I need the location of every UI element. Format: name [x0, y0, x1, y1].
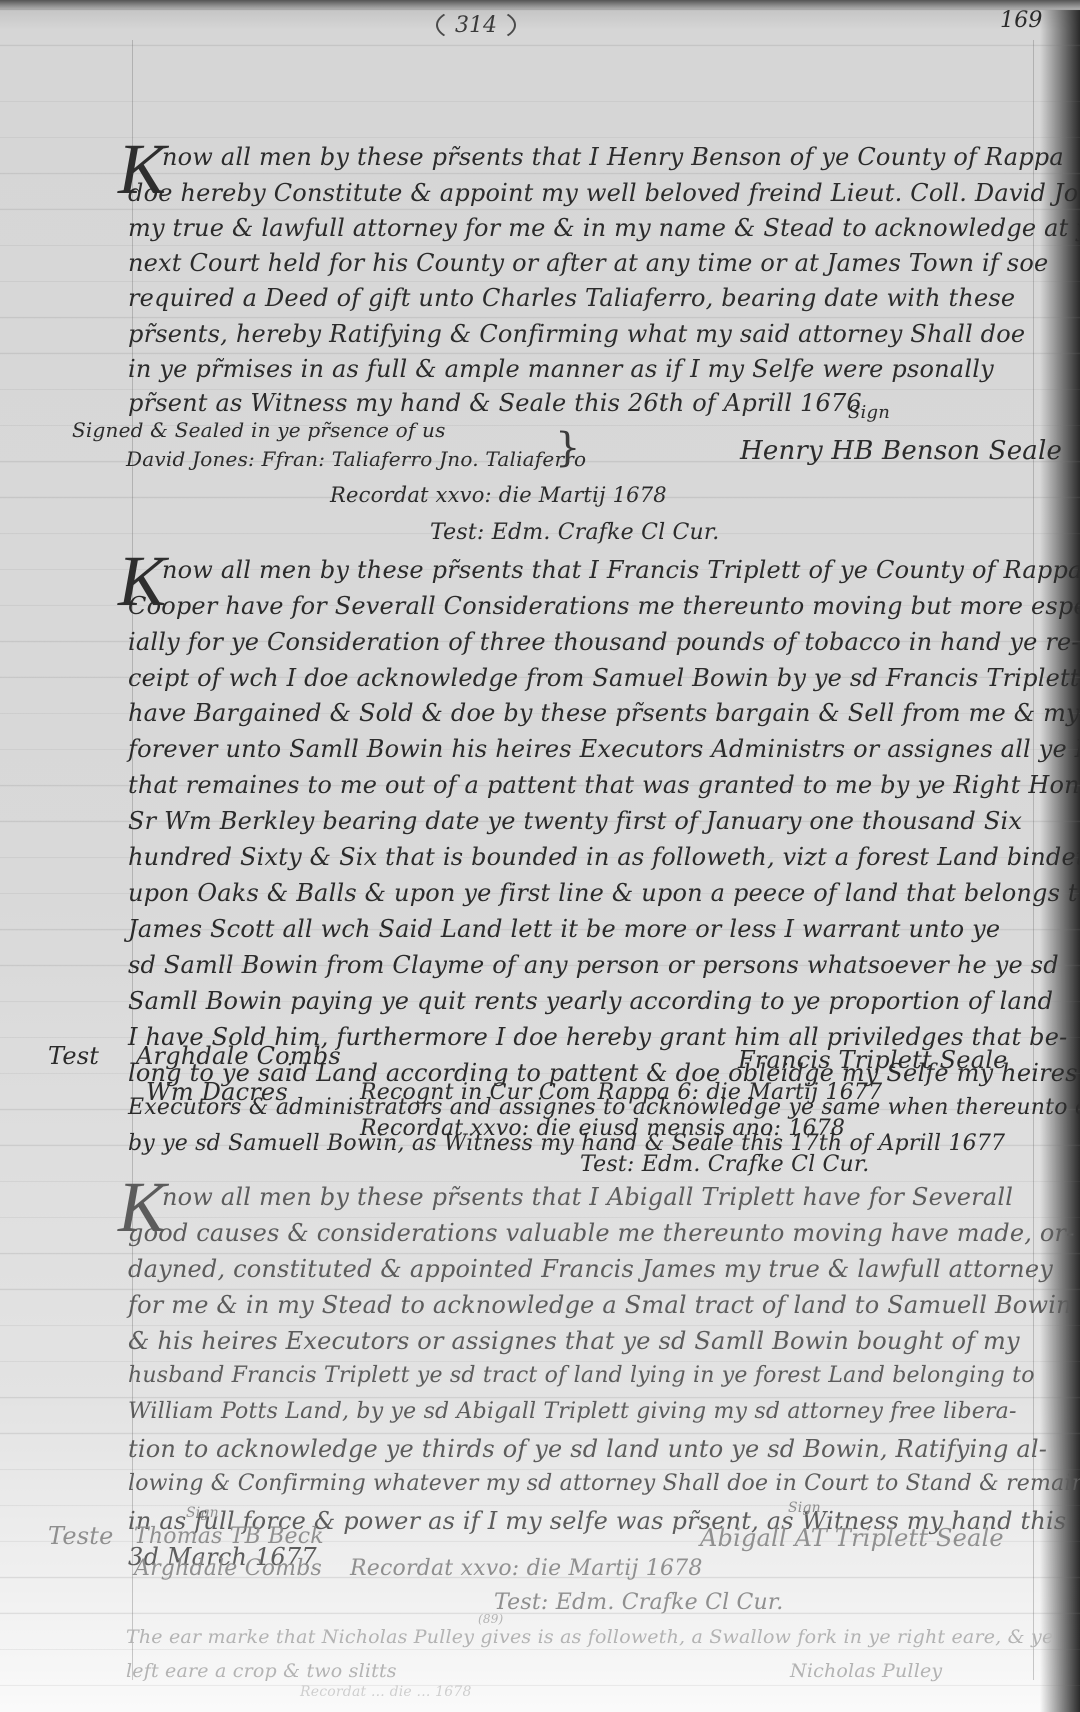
- text-line: Cooper have for Severall Considerations …: [128, 592, 1080, 620]
- text-line: doe hereby Constitute & appoint my well …: [128, 179, 1080, 207]
- clerk-attestation: Test: Edm. Crafke Cl Cur.: [494, 1590, 783, 1615]
- text-line: husband Francis Triplett ye sd tract of …: [128, 1363, 1035, 1388]
- recorded-note: Recordat xxvo: die Martij 1678: [350, 1556, 703, 1581]
- witness-sign-label: Sign: [186, 1505, 219, 1521]
- text-line: & his heires Executors or assignes that …: [128, 1327, 1020, 1355]
- text-line: James Scott all wch Said Land lett it be…: [128, 915, 1000, 943]
- text-line: good causes & considerations valuable me…: [128, 1219, 1075, 1247]
- witness-name: Arghdale Combs: [136, 1042, 341, 1070]
- brace: }: [555, 425, 580, 471]
- text-line: now all men by these pr̃sents that I Hen…: [162, 143, 1064, 171]
- text-line: hundred Sixty & Six that is bounded in a…: [128, 843, 1080, 871]
- clerk-attestation: Test: Edm. Crafke Cl Cur.: [580, 1152, 869, 1177]
- text-line: in ye pr̃mises in as full & ample manner…: [128, 355, 994, 383]
- manuscript-page: 314 169 K now all men by these pr̃sents …: [0, 0, 1080, 1712]
- witness-names: David Jones: Ffran: Taliaferro Jno. Tali…: [126, 447, 586, 471]
- signature-label: Sign: [788, 1500, 821, 1516]
- text-line: that remaines to me out of a pattent tha…: [128, 771, 1080, 799]
- signature: Francis Triplett Seale: [738, 1046, 1008, 1074]
- recorded-note: Recordat xxvo: die eiusd mensis ano: 167…: [360, 1116, 845, 1141]
- folio-number-text: 314: [455, 13, 497, 38]
- text-line: ceipt of wch I doe acknowledge from Samu…: [128, 664, 1080, 692]
- text-line: left eare a crop & two slitts: [126, 1660, 397, 1682]
- text-line: lowing & Confirming whatever my sd attor…: [128, 1471, 1080, 1496]
- text-line: pr̃sent as Witness my hand & Seale this …: [128, 389, 862, 417]
- text-line: tion to acknowledge ye thirds of ye sd l…: [128, 1435, 1047, 1463]
- recorded-note: Recordat xxvo: die Martij 1678: [330, 483, 667, 507]
- entry-number: (89): [478, 1612, 503, 1626]
- witness-heading: Signed & Sealed in ye pr̃sence of us: [72, 418, 446, 442]
- text-line: required a Deed of gift unto Charles Tal…: [128, 284, 1015, 312]
- signature: Nicholas Pulley: [790, 1660, 942, 1682]
- folio-number-right: 169: [1000, 8, 1043, 33]
- recognition-note: Recognt in Cur Com Rappa 6: die Martij 1…: [360, 1080, 882, 1105]
- signature-label: Sign: [848, 402, 890, 423]
- folio-number-circled: 314: [436, 6, 516, 44]
- text-line: pr̃sents, hereby Ratifying & Confirming …: [128, 320, 1025, 348]
- text-line: next Court held for his County or after …: [128, 249, 1048, 277]
- witness-name: Thomas TB Beck: [134, 1524, 324, 1549]
- text-line: now all men by these pr̃sents that I Abi…: [162, 1183, 1013, 1211]
- witness-name: Arghdale Combs: [134, 1556, 322, 1581]
- signature: Abigall AT Triplett Seale: [700, 1524, 1004, 1552]
- text-line: my true & lawfull attorney for me & in m…: [128, 214, 1080, 242]
- text-line: now all men by these pr̃sents that I Fra…: [162, 556, 1080, 584]
- text-line: Sr Wm Berkley bearing date ye twenty fir…: [128, 807, 1022, 835]
- witness-name: Wm Dacres: [146, 1078, 288, 1106]
- text-line: forever unto Samll Bowin his heires Exec…: [128, 735, 1080, 763]
- text-line: sd Samll Bowin from Clayme of any person…: [128, 951, 1059, 979]
- text-line: Samll Bowin paying ye quit rents yearly …: [128, 987, 1053, 1015]
- text-line: upon Oaks & Balls & upon ye first line &…: [128, 879, 1080, 907]
- text-line: William Potts Land, by ye sd Abigall Tri…: [128, 1399, 1017, 1424]
- recorded-note: Recordat ... die ... 1678: [300, 1684, 472, 1700]
- clerk-attestation: Test: Edm. Crafke Cl Cur.: [430, 520, 719, 545]
- signature: Henry HB Benson Seale: [740, 436, 1062, 466]
- test-label: Teste: [48, 1522, 114, 1550]
- text-line: dayned, constituted & appointed Francis …: [128, 1255, 1053, 1283]
- test-label: Test: [48, 1042, 99, 1070]
- text-line: The ear marke that Nicholas Pulley gives…: [126, 1626, 1053, 1648]
- text-line: ially for ye Consideration of three thou…: [128, 628, 1080, 656]
- text-line: have Bargained & Sold & doe by these pr̃…: [128, 699, 1080, 727]
- text-line: for me & in my Stead to acknowledge a Sm…: [128, 1291, 1072, 1319]
